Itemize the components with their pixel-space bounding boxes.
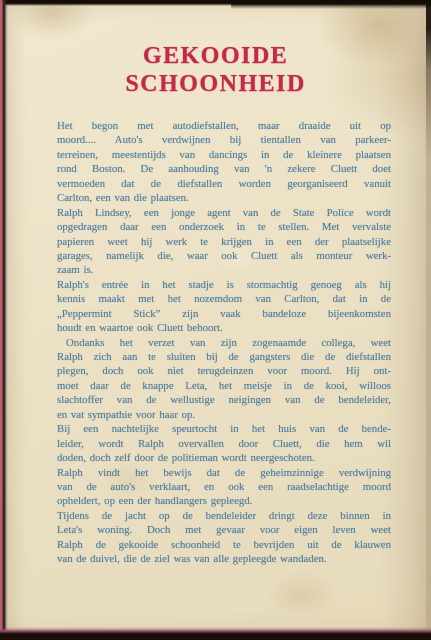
blurb-line: moet daar de knappe Leta, het meisje in …	[57, 379, 391, 393]
cover-edge-left	[0, 0, 8, 640]
blurb-line: Leta's woning. Doch met gevaar voor eige…	[57, 523, 391, 537]
blurb-line: opgedragen daar een onderzoek in te stel…	[57, 220, 391, 234]
blurb-line: doden, doch zelf door de politieman word…	[57, 451, 391, 465]
cover-edge-bottom	[0, 627, 431, 640]
blurb-line: van de duivel, die de ziel was van alle …	[57, 552, 391, 566]
book-blurb: Het begon met autodiefstallen, maar draa…	[57, 119, 391, 567]
blurb-line: rond Boston. De aanhouding van 'n zekere…	[57, 162, 391, 176]
blurb-line: Ralph's entrée in het stadje is stormach…	[57, 278, 391, 292]
blurb-line: van de auto's verklaart, en ook een raad…	[57, 480, 391, 494]
book-title-line1: GEKOOIDE	[0, 42, 431, 70]
blurb-line: zaam is.	[57, 263, 391, 277]
blurb-line: plegen, doch ook niet terugdeinzen voor …	[57, 364, 391, 378]
blurb-line: en vat sympathie voor haar op.	[57, 408, 391, 422]
book-title-line2: SCHOONHEID	[0, 70, 431, 98]
blurb-line: Bij een nachtelijke speurtocht in het hu…	[57, 422, 391, 436]
blurb-line: Ondanks het verzet van zijn zogenaamde c…	[57, 336, 391, 350]
blurb-line: vermoeden dat de diefstallen worden geor…	[57, 177, 391, 191]
blurb-line: houdt en waartoe ook Cluett behoort.	[57, 321, 391, 335]
blurb-line: Carlton, een van die plaatsen.	[57, 191, 391, 205]
cover-edge-right	[426, 0, 431, 640]
blurb-line: Ralph Lindsey, een jonge agent van de St…	[57, 206, 391, 220]
blurb-line: Het begon met autodiefstallen, maar draa…	[57, 119, 391, 133]
blurb-line: papieren weet hij werk te krijgen in een…	[57, 235, 391, 249]
blurb-line: moord.... Auto's verdwijnen bij tientall…	[57, 133, 391, 147]
blurb-line: kennis maakt met het nozemdom van Carlto…	[57, 292, 391, 306]
blurb-line: Ralph vindt het bewijs dat de geheimzinn…	[57, 466, 391, 480]
book-title: GEKOOIDE SCHOONHEID	[0, 0, 431, 98]
blurb-line: garages, namelijk die, waar ook Cluett a…	[57, 249, 391, 263]
blurb-line: opheldert, op een der handlangers geplee…	[57, 494, 391, 508]
blurb-line: Ralph de gekooide schoonheid te bevrijde…	[57, 538, 391, 552]
blurb-line: „Peppermint Stick” zijn vaak bandeloze b…	[57, 307, 391, 321]
blurb-line: Tijdens de jacht op de bendeleider dring…	[57, 509, 391, 523]
blurb-line: terreinen, meestentijds van dancings in …	[57, 148, 391, 162]
blurb-line: leider, wordt Ralph overvallen door Clue…	[57, 437, 391, 451]
blurb-line: Ralph zich aan te sluiten bij de gangste…	[57, 350, 391, 364]
cover-edge-top	[0, 0, 431, 6]
blurb-line: slachtoffer van de wellustige neigingen …	[57, 393, 391, 407]
book-back-cover: GEKOOIDE SCHOONHEID Het begon met autodi…	[0, 0, 431, 640]
